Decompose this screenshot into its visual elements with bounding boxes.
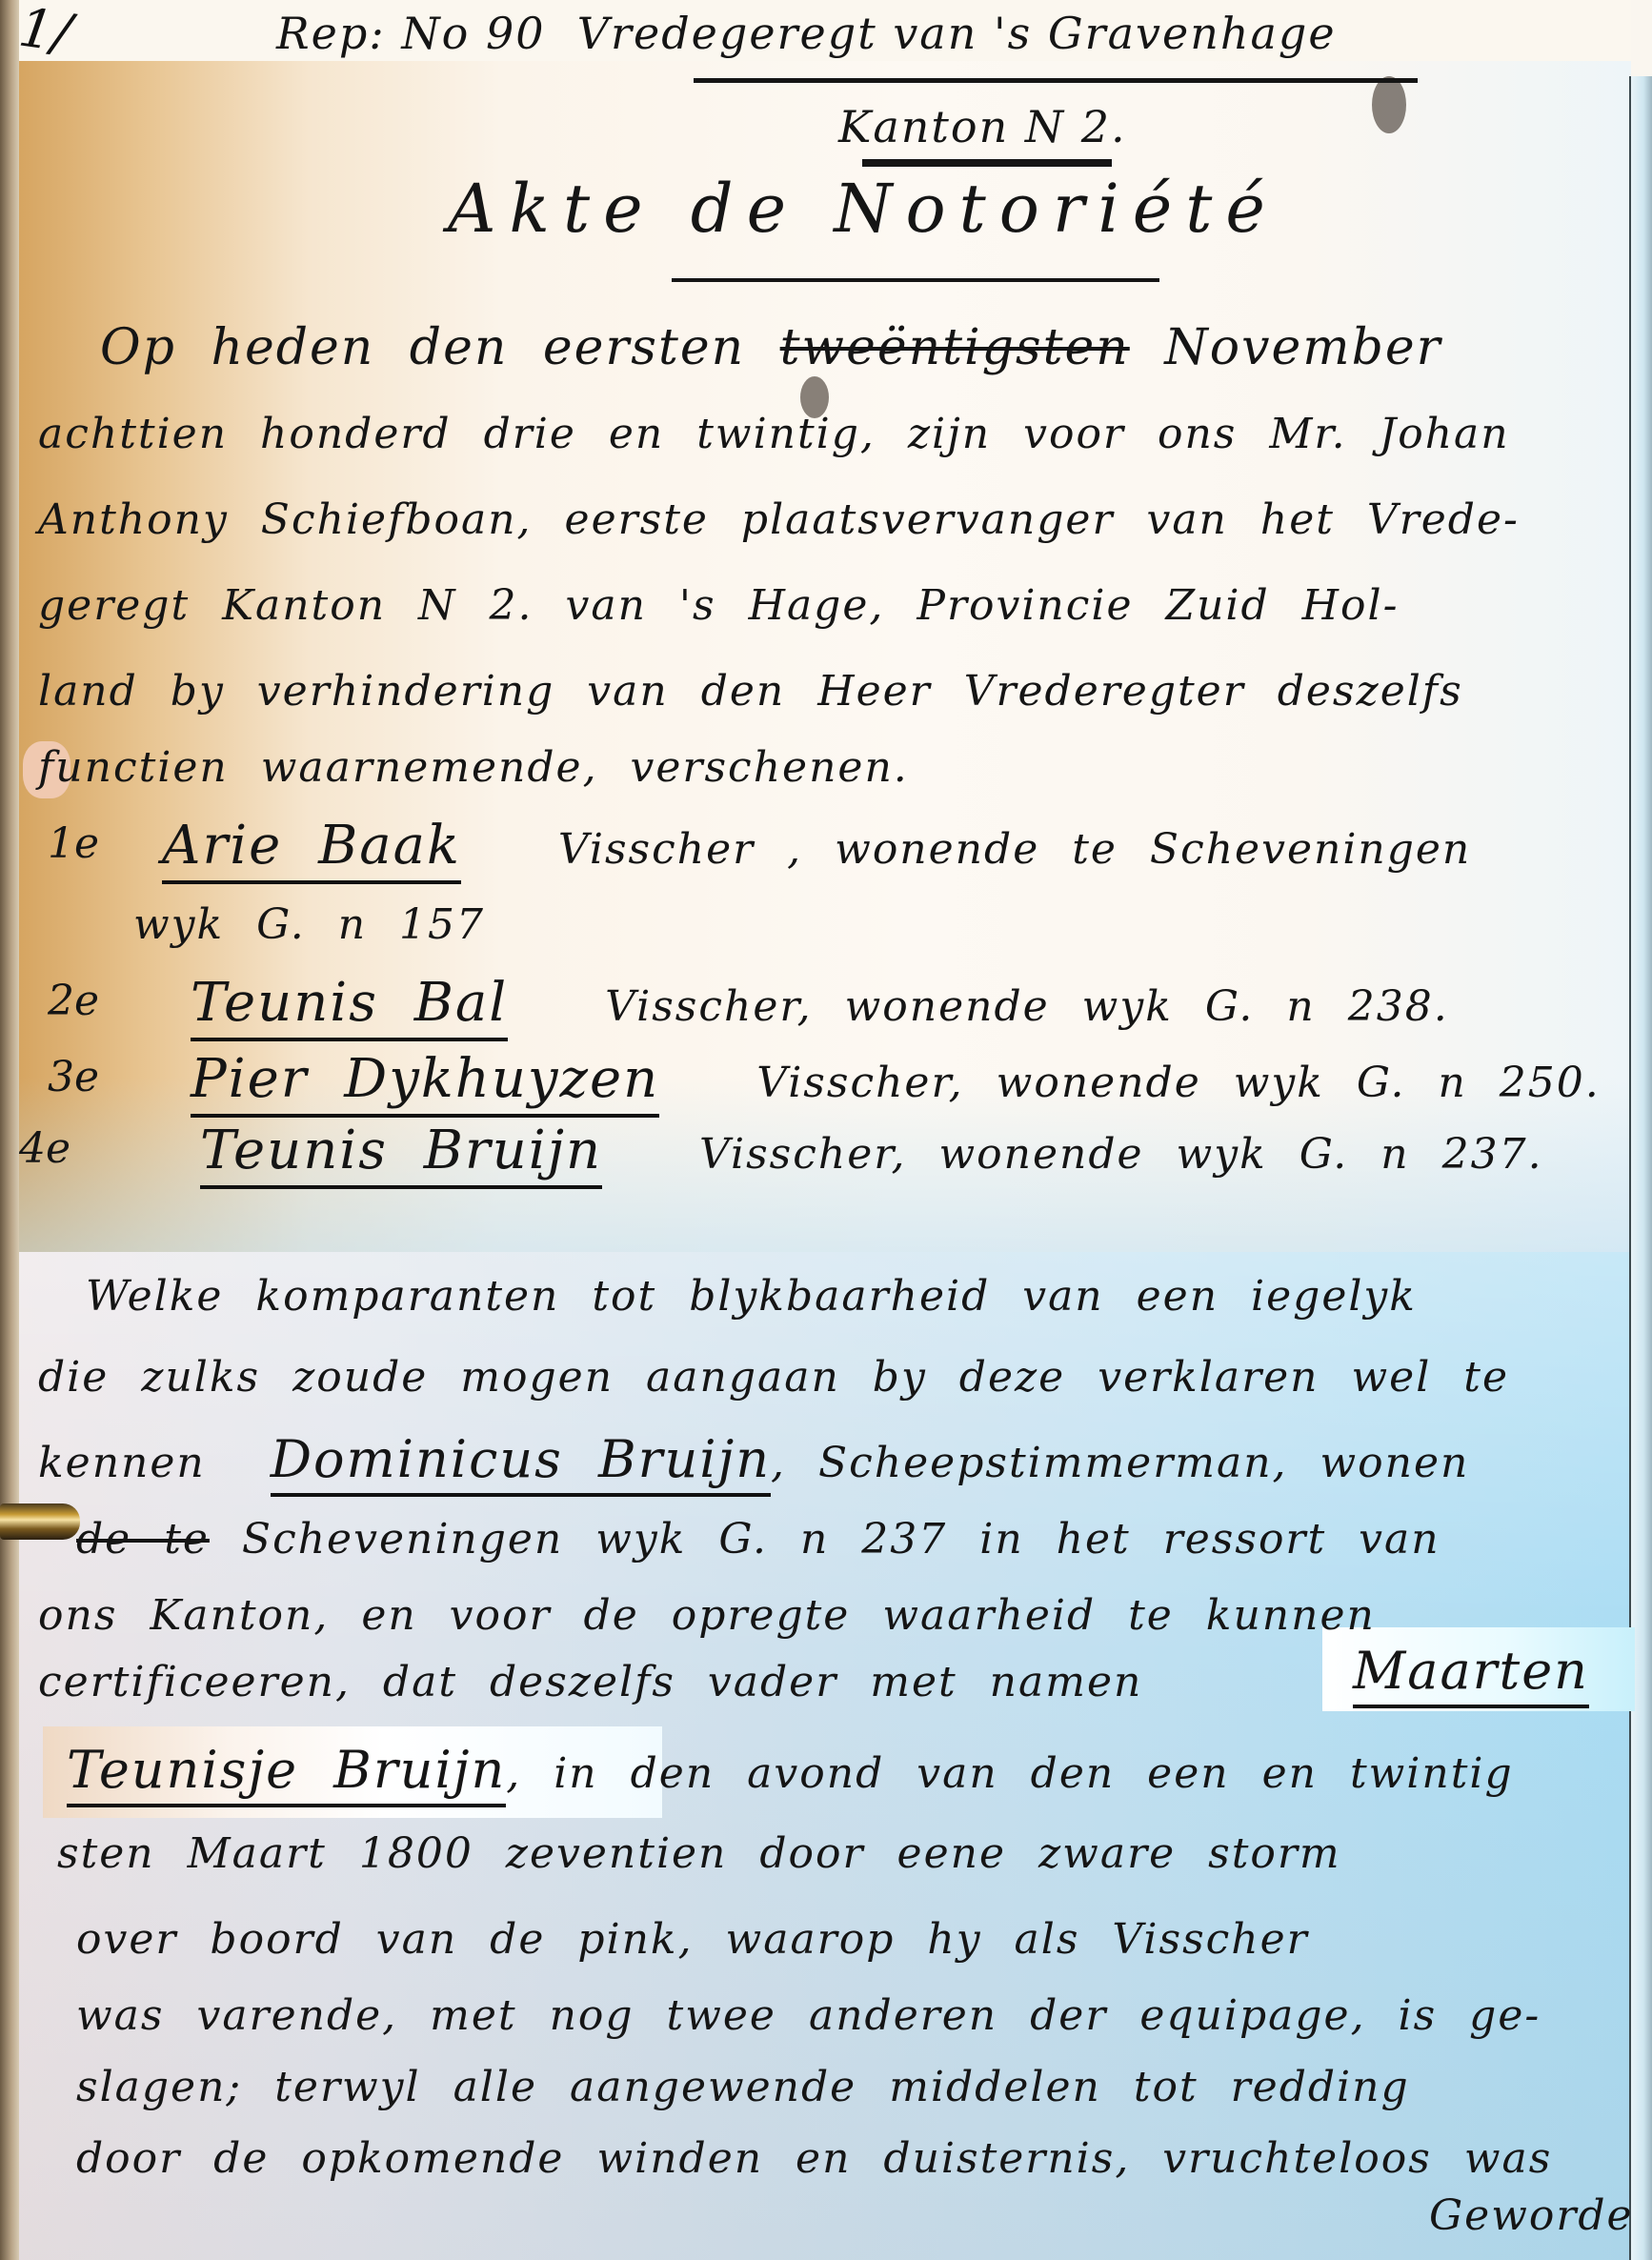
witness-3-occupation: Visscher, — [756, 1059, 963, 1107]
ink-blot-top — [1372, 76, 1406, 133]
witness-4-residence: wonende wyk G. n 237. — [938, 1130, 1542, 1179]
kanton-rule — [862, 159, 1112, 167]
declaration-line-2: die zulks zoude mogen aangaan by deze ve… — [38, 1353, 1509, 1402]
title-rule — [672, 278, 1159, 282]
witness-2-residence: wonende wyk G. n 238. — [845, 982, 1449, 1031]
declaration-suffix: , Scheepstimmerman, wonen — [771, 1439, 1469, 1487]
witness-1-residence: wonende te Scheveningen — [835, 825, 1471, 874]
court-name: Vredegeregt van 's Gravenhage — [577, 8, 1337, 59]
header-rule — [694, 78, 1418, 83]
repertory-number: Rep: No 90 — [276, 8, 546, 59]
name-teunisje-bruijn: Teunisje Bruijn — [67, 1740, 506, 1807]
witness-4-occupation: Visscher, — [699, 1130, 906, 1179]
declaration-line-12: door de opkomende winden en duisternis, … — [76, 2134, 1552, 2183]
declaration-line-11: slagen; terwyl alle aangewende middelen … — [76, 2063, 1410, 2111]
declaration-line-7: Teunisje Bruijn, in den avond van den ee… — [67, 1740, 1514, 1800]
kanton-label: Kanton N 2. — [838, 101, 1127, 152]
document-page: 1/ Rep: No 90 Vredegeregt van 's Gravenh… — [0, 0, 1652, 2260]
witness-1-address: wyk G. n 157 — [133, 900, 485, 949]
page-right-edge — [1629, 76, 1652, 2260]
declaration-line-4: de te Scheveningen wyk G. n 237 in het r… — [76, 1515, 1440, 1564]
binding-ring — [0, 1503, 80, 1540]
witness-2-num: 2e — [48, 977, 99, 1025]
body-line-5: land by verhindering van den Heer Vreder… — [38, 667, 1463, 716]
witness-1: Arie Baak Visscher , wonende te Scheveni… — [162, 815, 1471, 877]
witness-2-name: Teunis Bal — [191, 972, 508, 1041]
witness-3-num: 3e — [48, 1053, 99, 1101]
page-title: Akte de Notoriété — [448, 170, 1279, 248]
name-dominicus-bruijn: Dominicus Bruijn — [271, 1429, 771, 1497]
declaration-line-3: kennen Dominicus Bruijn, Scheepstimmerma… — [38, 1429, 1469, 1489]
struck-text: de te — [76, 1515, 210, 1564]
declaration-line-6: certificeeren, dat deszelfs vader met na… — [38, 1658, 1142, 1706]
declaration-text: Scheveningen wyk G. n 237 in het ressort… — [242, 1515, 1440, 1564]
opening-text: Op heden den eersten — [100, 319, 745, 376]
declaration-prefix: kennen — [38, 1439, 206, 1487]
witness-4-name: Teunis Bruijn — [200, 1120, 602, 1189]
witness-4: Teunis Bruijn Visscher, wonende wyk G. n… — [200, 1120, 1543, 1181]
declaration-line-9: over boord van de pink, waarop hy als Vi… — [76, 1915, 1309, 1964]
catchword: Geworde — [1429, 2191, 1634, 2240]
name-maarten: Maarten — [1353, 1641, 1589, 1708]
declaration-line-8: sten Maart 1800 zeventien door eene zwar… — [57, 1829, 1341, 1878]
struck-word: tweëntigsten — [780, 319, 1130, 376]
witness-1-name: Arie Baak — [162, 815, 461, 884]
witness-3-name: Pier Dykhuyzen — [191, 1048, 659, 1118]
witness-2-occupation: Visscher, — [605, 982, 812, 1031]
header-repertory: Rep: No 90 Vredegeregt van 's Gravenhage — [276, 8, 1337, 59]
witness-3: Pier Dykhuyzen Visscher, wonende wyk G. … — [191, 1048, 1601, 1110]
declaration-line-1: Welke komparanten tot blykbaarheid van e… — [86, 1272, 1417, 1321]
month-word: November — [1164, 319, 1441, 376]
margin-mark: 1/ — [15, 0, 75, 65]
witness-3-residence: wonende wyk G. n 250. — [997, 1059, 1601, 1107]
declaration-text: , in den avond van den een en twintig — [506, 1749, 1513, 1798]
body-line-4: geregt Kanton N 2. van 's Hage, Provinci… — [38, 581, 1399, 630]
declaration-line-5: ons Kanton, en voor de opregte waarheid … — [38, 1591, 1376, 1640]
declaration-line-10: was varende, met nog twee anderen der eq… — [76, 1991, 1541, 2040]
witness-2: Teunis Bal Visscher, wonende wyk G. n 23… — [191, 972, 1449, 1034]
declaration-text: certificeeren, dat deszelfs vader met na… — [38, 1658, 1142, 1706]
name-maarten-wrap: Maarten — [1353, 1641, 1589, 1701]
body-line-2: achttien honderd drie en twintig, zijn v… — [38, 410, 1510, 458]
witness-1-num: 1e — [48, 819, 99, 868]
binding-strip — [0, 0, 19, 2260]
witness-1-occupation: Visscher — [558, 825, 755, 874]
body-line-3: Anthony Schiefboan, eerste plaatsvervang… — [38, 495, 1520, 544]
body-line-1: Op heden den eersten tweëntigsten Novemb… — [100, 319, 1441, 376]
body-line-6: functien waarnemende, verschenen. — [38, 743, 909, 792]
witness-4-num: 4e — [19, 1124, 71, 1173]
